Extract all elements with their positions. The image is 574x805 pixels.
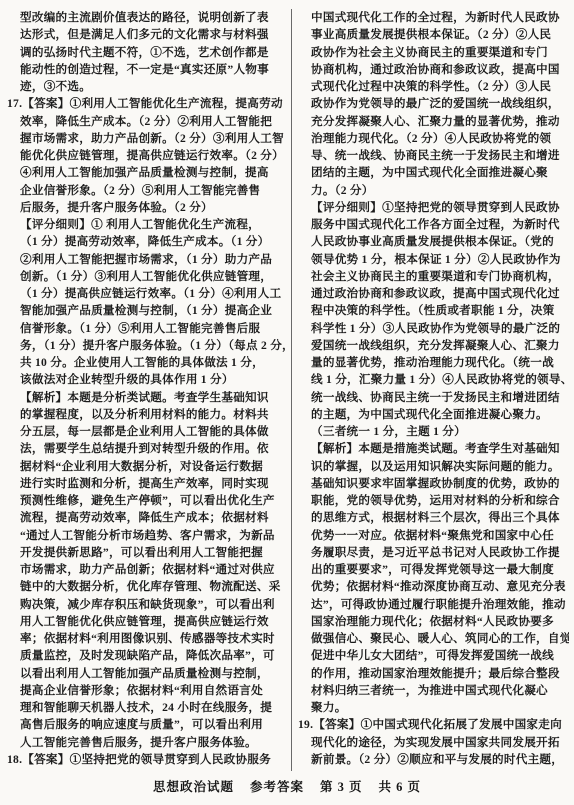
text-line: 做强信心、聚民心、暖人心、筑同心的工作，自觉 bbox=[298, 630, 569, 647]
footer-page-total: 共 6 页 bbox=[379, 780, 422, 794]
text-line: 【评分细则】① 利用人工智能优化生产流程， bbox=[7, 216, 289, 233]
text-line: 理和智能聊天机器人技术，24 小时在线服务，提 bbox=[7, 699, 289, 716]
text-line: 务履职尽责，是习近平总书记对人民政协工作提 bbox=[298, 544, 569, 561]
text-line: 材料归纳三者统一，为推进中国式现代化凝心 bbox=[298, 682, 569, 699]
footer-exam-title: 思想政治试题 bbox=[153, 780, 234, 794]
text-line: 迹，③不选。 bbox=[7, 78, 289, 95]
text-line: 统一战线、协商民主统一于发扬民主和增进团结 bbox=[298, 389, 569, 406]
text-line: 程中决策的科学性。（性质或者职能 1 分，决策 bbox=[298, 302, 569, 319]
text-line: 事业高质量发展提供根本保证。（2 分）②人民 bbox=[298, 26, 569, 43]
text-line: 据材料“企业利用大数据分析，对设备运行数据 bbox=[7, 458, 289, 475]
text-line: 链中的大数据分析，优化库存管理、物流配送、采 bbox=[7, 578, 289, 595]
text-line: 式现代化过程中决策的科学性。（2 分）③人民 bbox=[298, 78, 569, 95]
text-line: 的掌握程度，以及分析利用材料的能力。材料共 bbox=[7, 406, 289, 423]
text-line: 的主题，为中国式现代化全面推进凝心聚力。 bbox=[298, 406, 569, 423]
text-line: 【解析】本题是分析类试题。考查学生基础知识 bbox=[7, 389, 289, 406]
text-line: 协商机构，通过政治协商和参政议政，提高中国 bbox=[298, 61, 569, 78]
text-line: 握市场需求，助力产品创新。（2 分）③利用人工智 bbox=[7, 130, 289, 147]
text-line: 购决策，减少库存积压和缺货现象”，可以看出利 bbox=[7, 596, 289, 613]
text-line: 识的掌握，以及运用知识解决实际问题的能力。 bbox=[298, 458, 569, 475]
text-line: 聚力。 bbox=[298, 699, 569, 716]
text-line: 共 10 分。企业使用人工智能的具体做法 1 分， bbox=[7, 354, 289, 371]
text-line: 【解析】本题是措施类试题。考查学生对基础知 bbox=[298, 440, 569, 457]
text-line: 效率，降低生产成本。（2 分）②利用人工智能把 bbox=[7, 113, 289, 130]
text-line: 提高企业信誉形象；依据材料“利用自然语言处 bbox=[7, 682, 289, 699]
text-line: 政协作为党领导的最广泛的爱国统一战线组织， bbox=[298, 95, 569, 112]
text-line: 创新。（1 分）③利用人工智能优化供应链管理， bbox=[7, 268, 289, 285]
text-line: 职能，党的领导优势，运用对材料的分析和综合 bbox=[298, 492, 569, 509]
page-footer: 思想政治试题参考答案第 3 页共 6 页 bbox=[0, 777, 574, 795]
column-divider bbox=[291, 9, 292, 771]
text-line: （1 分）提高劳动效率，降低生产成本。（1 分） bbox=[7, 233, 289, 250]
text-line: 力。（2 分） bbox=[298, 182, 569, 199]
text-line: 开发提供新思路”，可以看出利用人工智能把握 bbox=[7, 544, 289, 561]
text-line: 爱国统一战线组织，充分发挥凝聚人心、汇聚力 bbox=[298, 337, 569, 354]
text-line: 达形式，但是满足人们多元的文化需求与材料强 bbox=[7, 26, 289, 43]
text-line: 18.【答案】①坚持把党的领导贯穿到人民政协服务 bbox=[7, 751, 289, 768]
text-line: 型改编的主流剧价值表达的路径，说明创新了表 bbox=[7, 9, 289, 26]
text-line: 务，（1 分）提升客户服务体验。（1 分）（每点 2 分， bbox=[7, 337, 289, 354]
text-line: 促进中华儿女大团结”，可得发挥爱国统一战线 bbox=[298, 647, 569, 664]
text-line: 人民政协事业高质量发展提供根本保证。（党的 bbox=[298, 233, 569, 250]
text-line: “通过人工智能分析市场趋势、客户需求，为新品 bbox=[7, 527, 289, 544]
text-line: 治理能力现代化。（2 分）④人民政协将党的领 bbox=[298, 130, 569, 147]
footer-page-number: 第 3 页 bbox=[320, 780, 363, 794]
text-line: 团结的主题，为中国式现代化全面推进凝心聚 bbox=[298, 164, 569, 181]
text-line: 政协作为社会主义协商民主的重要渠道和专门 bbox=[298, 44, 569, 61]
text-line: 导、统一战线、协商民主统一于发扬民主和增进 bbox=[298, 147, 569, 164]
text-line: 进行实时监测和分析，提高生产效率，同时实现 bbox=[7, 475, 289, 492]
text-line: ②利用人工智能把握市场需求，（1 分）助力产品 bbox=[7, 251, 289, 268]
text-line: 新前景。（2 分）②顺应和平与发展的时代主题， bbox=[298, 751, 569, 768]
text-line: 该做法对企业转型升级的具体作用 1 分） bbox=[7, 371, 289, 388]
text-line: 市场需求，助力产品创新；依据材料“通过对供应 bbox=[7, 561, 289, 578]
text-line: 流程，提高劳动效率，降低生产成本；依据材料 bbox=[7, 509, 289, 526]
text-line: 基础知识要求牢固掌握政协制度的优势，政协的 bbox=[298, 475, 569, 492]
text-line: 优势一一对应。依据材料“聚焦党和国家中心任 bbox=[298, 527, 569, 544]
text-line: 服务中国式现代化工作各方面全过程，为新时代 bbox=[298, 216, 569, 233]
right-text-column: 中国式现代化工作的全过程，为新时代人民政协事业高质量发展提供根本保证。（2 分）… bbox=[294, 9, 569, 770]
text-line: 中国式现代化工作的全过程，为新时代人民政协 bbox=[298, 9, 569, 26]
text-line: 质量监控，及时发现缺陷产品，降低次品率”，可 bbox=[7, 647, 289, 664]
text-line: 智能加强产品质量检测与控制，（1 分）提高企业 bbox=[7, 302, 289, 319]
text-line: 高售后服务的响应速度与质量”，可以看出利用 bbox=[7, 716, 289, 733]
text-line: 调的弘扬时代主题不符，①不选，艺术创作都是 bbox=[7, 44, 289, 61]
text-line: ④利用人工智能加强产品质量检测与控制，提高 bbox=[7, 164, 289, 181]
text-line: 达”，可得政协通过履行职能提升治理效能，推动 bbox=[298, 596, 569, 613]
text-line: 出的重要要求”，可得发挥党领导这一最大制度 bbox=[298, 561, 569, 578]
left-text-column: 型改编的主流剧价值表达的路径，说明创新了表达形式，但是满足人们多元的文化需求与材… bbox=[7, 9, 289, 770]
text-line: 能优化供应链管理，提高供应链运行效率。（2 分） bbox=[7, 147, 289, 164]
text-line: 企业信誉形象。（2 分）⑤利用人工智能完善售 bbox=[7, 182, 289, 199]
text-line: 的思维方式，根据材料三个层次，得出三个具体 bbox=[298, 509, 569, 526]
text-line: 法，需要学生总结提升到对转型升级的作用。依 bbox=[7, 440, 289, 457]
text-line: 19.【答案】①中国式现代化拓展了发展中国家走向 bbox=[298, 716, 569, 733]
text-line: 充分发挥凝聚人心、汇聚力量的显著优势，推动 bbox=[298, 113, 569, 130]
text-line: 分五层，每一层都是企业利用人工智能的具体做 bbox=[7, 423, 289, 440]
text-line: 预测性维修，避免生产停顿”，可以看出优化生产 bbox=[7, 492, 289, 509]
text-line: 后服务，提升客户服务体验。（2 分） bbox=[7, 199, 289, 216]
text-line: 的作用，推动国家治理效能提升；最后综合整段 bbox=[298, 665, 569, 682]
text-line: （三者统一 1 分，主题 1 分） bbox=[298, 423, 569, 440]
text-line: 用人工智能优化供应链管理，提高供应链运行效 bbox=[7, 613, 289, 630]
text-line: 社会主义协商民主的重要渠道和专门协商机构， bbox=[298, 268, 569, 285]
footer-doc-type: 参考答案 bbox=[250, 780, 304, 794]
text-line: 人工智能完善售后服务，提升客户服务体验。 bbox=[7, 734, 289, 751]
text-line: 科学性 1 分）③人民政协作为党领导的最广泛的 bbox=[298, 320, 569, 337]
text-line: 信誉形象。（1 分）⑤利用人工智能完善售后服 bbox=[7, 320, 289, 337]
text-line: 国家治理能力现代化；依据材料“人民政协要多 bbox=[298, 613, 569, 630]
text-line: 领导优势 1 分，根本保证 1 分）②人民政协作为 bbox=[298, 251, 569, 268]
text-line: 17.【答案】①利用人工智能优化生产流程，提高劳动 bbox=[7, 95, 289, 112]
text-line: （1 分）提高供应链运行效率。（1 分）④利用人工 bbox=[7, 285, 289, 302]
text-line: 率；依据材料“利用图像识别、传感器等技术实时 bbox=[7, 630, 289, 647]
text-line: 量的显著优势，推动治理能力现代化。（统一战 bbox=[298, 354, 569, 371]
text-line: 线 1 分，汇聚力量 1 分）④人民政协将党的领导、 bbox=[298, 371, 569, 388]
text-line: 能动性的创造过程，不一定是“真实还原”人物事 bbox=[7, 61, 289, 78]
text-line: 现代化的途径，为实现发展中国家共同发展开拓 bbox=[298, 734, 569, 751]
answer-sheet-page: 型改编的主流剧价值表达的路径，说明创新了表达形式，但是满足人们多元的文化需求与材… bbox=[0, 0, 574, 770]
text-line: 通过政治协商和参政议政，提高中国式现代化过 bbox=[298, 285, 569, 302]
text-line: 以看出利用人工智能加强产品质量检测与控制， bbox=[7, 665, 289, 682]
text-line: 【评分细则】①坚持把党的领导贯穿到人民政协 bbox=[298, 199, 569, 216]
text-line: 优势；依据材料“推动深度协商互动、意见充分表 bbox=[298, 578, 569, 595]
